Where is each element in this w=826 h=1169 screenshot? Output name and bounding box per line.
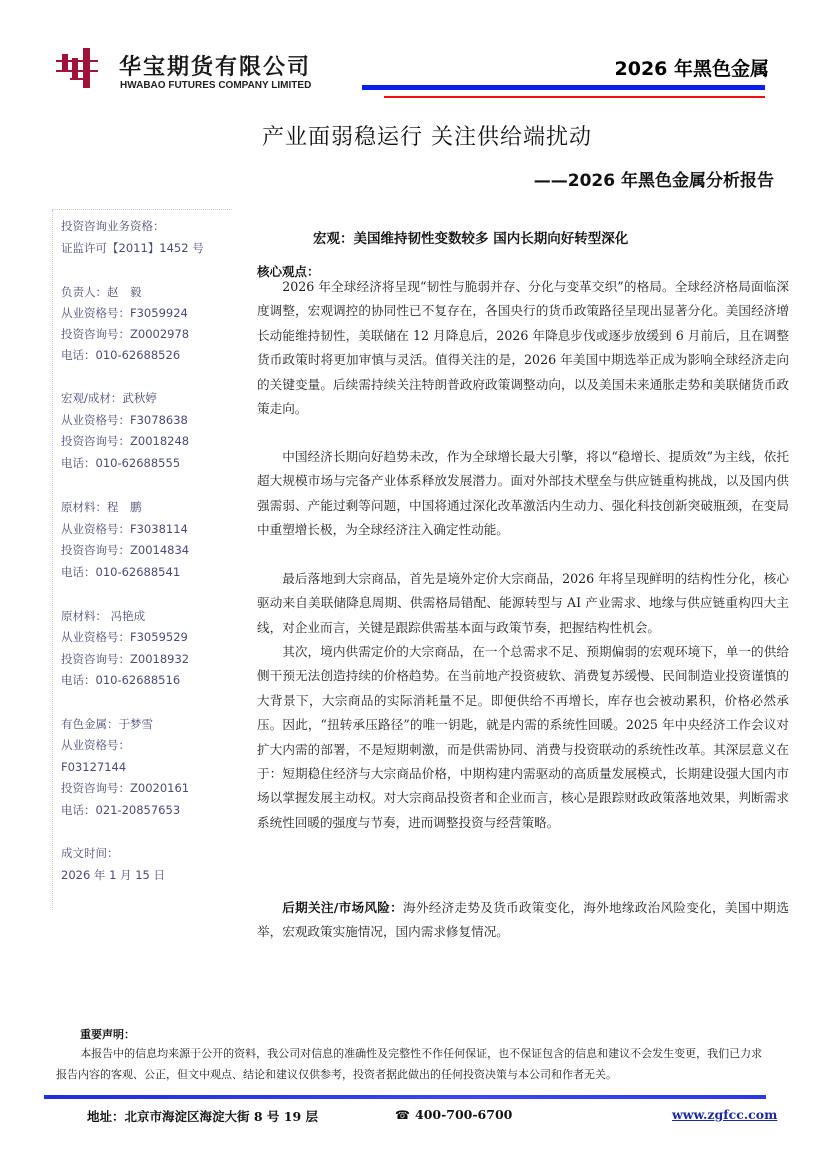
section-heading: 宏观：美国维持韧性变数较多 国内长期向好转型深化 (313, 227, 628, 247)
sidebar-line: 证监许可【2011】1452 号 (61, 240, 204, 256)
footer-rule (44, 1095, 766, 1099)
risk-label: 后期关注/市场风险： (282, 900, 403, 915)
report-category: 2026 年黑色金属 (615, 54, 770, 81)
sidebar-line: 从业资格号： (61, 737, 130, 753)
header-rule-blue (362, 85, 765, 90)
sidebar-line: 负责人：赵 毅 (61, 284, 142, 300)
sidebar-line: 原材料： 冯艳成 (61, 608, 145, 624)
report-title: 产业面弱稳运行 关注供给端扰动 (262, 120, 592, 151)
sidebar-line: 电话：010-62688516 (61, 672, 180, 688)
report-subtitle: ——2026 年黑色金属分析报告 (534, 166, 774, 191)
header-rule-red (384, 96, 765, 98)
sidebar-line: 投资咨询号：Z0002978 (61, 326, 189, 342)
sidebar-line: 从业资格号：F3059924 (61, 305, 188, 321)
sidebar-line: 2026 年 1 月 15 日 (61, 867, 165, 883)
paragraph-china-economy: 中国经济长期向好趋势未改，作为全球增长最大引擎，将以“稳增长、提质效”为主线，依… (257, 445, 789, 543)
company-name-cn: 华宝期货有限公司 (119, 50, 311, 81)
phone-icon: ☎ (395, 1108, 409, 1122)
paragraph-global-economy: 2026 年全球经济将呈现“韧性与脆弱并存、分化与变革交织”的格局。全球经济格局… (257, 275, 789, 421)
analyst-sidebar: 投资咨询业务资格： 证监许可【2011】1452 号 负责人：赵 毅 从业资格号… (52, 210, 209, 910)
paragraph-overseas-commodities: 最后落地到大宗商品，首先是境外定价大宗商品，2026 年将呈现鲜明的结构性分化，… (257, 567, 789, 640)
footer-address: 地址：北京市海淀区海淀大街 8 号 19 层 (87, 1107, 318, 1125)
paragraph-risks: 后期关注/市场风险：海外经济走势及货币政策变化，海外地缘政治风险变化，美国中期选… (257, 896, 789, 945)
sidebar-line: 成文时间： (61, 845, 119, 861)
hwabao-logo-icon (56, 46, 100, 92)
sidebar-line: 投资咨询号：Z0020161 (61, 780, 189, 796)
sidebar-line: 投资咨询业务资格： (61, 218, 165, 234)
footer-phone: ☎400-700-6700 (395, 1107, 512, 1122)
sidebar-line: 电话：010-62688526 (61, 347, 180, 363)
sidebar-line: 原材料：程 鹏 (61, 499, 142, 515)
disclaimer-title: 重要声明： (80, 1026, 135, 1042)
company-logo (56, 46, 100, 92)
sidebar-line: 有色金属：于梦雪 (61, 716, 153, 732)
sidebar-line: F03127144 (61, 759, 126, 775)
paragraph-domestic-commodities: 其次，境内供需定价的大宗商品，在一个总需求不足、预期偏弱的宏观环境下，单一的供给… (257, 640, 789, 835)
sidebar-line: 从业资格号：F3059529 (61, 629, 188, 645)
sidebar-line: 电话：010-62688541 (61, 564, 180, 580)
sidebar-line: 从业资格号：F3038114 (61, 521, 188, 537)
sidebar-line: 电话：021-20857653 (61, 802, 180, 818)
sidebar-line: 从业资格号：F3078638 (61, 412, 188, 428)
sidebar-line: 投资咨询号：Z0018248 (61, 433, 189, 449)
company-name-en: HWABAO FUTURES COMPANY LIMITED (120, 80, 311, 91)
sidebar-line: 投资咨询号：Z0014834 (61, 542, 189, 558)
sidebar-line: 投资咨询号：Z0018932 (61, 651, 189, 667)
disclaimer-body: 本报告中的信息均来源于公开的资料，我公司对信息的准确性及完整性不作任何保证，也不… (56, 1043, 768, 1085)
website-link[interactable]: www.zgfcc.com (672, 1107, 777, 1122)
sidebar-line: 电话：010-62688555 (61, 455, 180, 471)
sidebar-line: 宏观/成材：武秋婷 (61, 390, 157, 406)
phone-number: 400-700-6700 (415, 1107, 512, 1122)
